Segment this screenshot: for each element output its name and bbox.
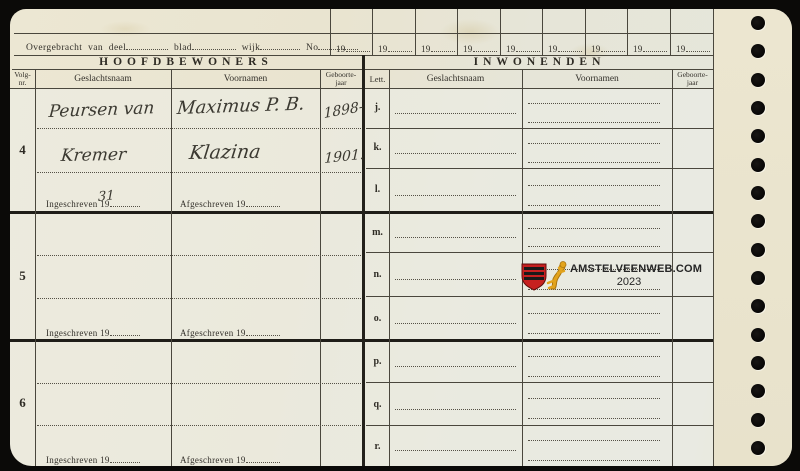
write-line	[528, 333, 660, 334]
letter-label: m.	[366, 227, 389, 238]
dotted-blank	[260, 40, 300, 50]
row-number: 6	[10, 395, 35, 411]
dotted-blank	[388, 42, 412, 52]
grid-line	[627, 9, 628, 55]
letter-label: l.	[366, 184, 389, 195]
year-cell: 19	[591, 42, 625, 54]
punch-hole	[751, 129, 765, 143]
dotted-blank	[126, 40, 168, 50]
letter-label: q.	[366, 399, 389, 410]
col-header-volgnr: Volg- nr.	[10, 71, 35, 87]
year-cell: 19	[548, 42, 582, 54]
dotted-blank	[431, 42, 455, 52]
year-cell: 19	[633, 42, 667, 54]
write-line	[528, 313, 660, 314]
row-separator	[366, 296, 713, 297]
write-line	[528, 376, 660, 377]
transfer-label-wijk: wijk	[242, 43, 261, 53]
year-cell: 19	[506, 42, 540, 54]
letter-label: r.	[366, 441, 389, 452]
write-line	[395, 237, 516, 238]
punch-hole	[751, 441, 765, 455]
dotted-blank	[346, 42, 370, 52]
letter-label: o.	[366, 313, 389, 324]
write-line	[395, 195, 516, 196]
watermark-site: AMSTELVEENWEB.COM	[570, 263, 702, 275]
transfer-label-no: No	[306, 43, 318, 53]
write-line	[37, 383, 361, 384]
write-line	[528, 440, 660, 441]
handwritten-surname: Kremer	[60, 145, 127, 166]
punch-hole	[751, 214, 765, 228]
write-line	[395, 113, 516, 114]
dotted-blank	[558, 42, 582, 52]
punch-hole	[751, 186, 765, 200]
row-separator	[366, 252, 713, 253]
punch-hole	[751, 101, 765, 115]
hoofdbewoners-title: HOOFDBEWONERS	[10, 56, 362, 68]
punch-hole	[751, 44, 765, 58]
write-line	[528, 205, 660, 206]
transfer-label-deel: Overgebracht van deel	[26, 43, 126, 53]
letter-label: j.	[366, 102, 389, 113]
dotted-blank	[192, 40, 236, 50]
grid-line	[542, 9, 543, 55]
handwritten-ingeschreven-year: 31	[98, 188, 114, 205]
grid-line	[415, 9, 416, 55]
write-line	[528, 356, 660, 357]
register-card: Overgebracht van deel blad wijk No 19 19…	[10, 9, 792, 466]
write-line	[37, 172, 361, 173]
write-line	[528, 398, 660, 399]
write-line	[395, 366, 516, 367]
grid-line	[457, 9, 458, 55]
transfer-label-blad: blad	[174, 43, 192, 53]
punch-hole	[751, 16, 765, 30]
year-cell: 19	[421, 42, 455, 54]
ingeschreven-label: Ingeschreven 19	[46, 453, 140, 465]
punch-hole	[751, 328, 765, 342]
write-line	[528, 162, 660, 163]
paper-stain	[100, 21, 150, 37]
write-line	[528, 143, 660, 144]
write-line	[528, 103, 660, 104]
punch-hole	[751, 413, 765, 427]
column-line	[35, 69, 36, 466]
grid-line	[585, 9, 586, 55]
write-line	[37, 298, 361, 299]
letter-label: n.	[366, 269, 389, 280]
punch-hole	[751, 158, 765, 172]
shield-icon	[521, 263, 547, 291]
dotted-blank	[601, 42, 625, 52]
row-separator	[366, 128, 713, 129]
year-cell: 19	[336, 42, 370, 54]
handwritten-firstnames: Klazina	[188, 141, 262, 164]
rule-top	[14, 33, 713, 34]
write-line	[395, 409, 516, 410]
dotted-blank	[246, 197, 280, 207]
afgeschreven-label: Afgeschreven 19	[180, 453, 280, 465]
watermark: AMSTELVEENWEB.COM 2023	[515, 259, 695, 295]
ingeschreven-label: Ingeschreven 19	[46, 197, 140, 209]
write-line	[395, 153, 516, 154]
write-line	[37, 425, 361, 426]
scanned-register-photo: { "top": { "transfer": { "label_deel": "…	[0, 0, 800, 471]
col-header-geboortejaar-r: Geboorte- jaar	[672, 71, 713, 87]
write-line	[37, 255, 361, 256]
watermark-year: 2023	[570, 276, 688, 288]
afgeschreven-label: Afgeschreven 19	[180, 197, 280, 209]
write-line	[528, 185, 660, 186]
row-number: 5	[10, 268, 35, 284]
col-header-voornamen: Voornamen	[171, 74, 320, 84]
grid-line	[670, 9, 671, 55]
row-separator	[366, 382, 713, 383]
dotted-blank	[110, 326, 140, 336]
row-number: 4	[10, 142, 35, 158]
transfer-line: Overgebracht van deel blad wijk No	[26, 40, 358, 53]
punch-hole	[751, 271, 765, 285]
write-line	[37, 128, 361, 129]
row-separator	[366, 168, 713, 169]
year-cell: 19	[676, 42, 710, 54]
grid-line	[500, 9, 501, 55]
table-right-edge	[713, 9, 714, 466]
row-separator	[366, 425, 713, 426]
punch-hole	[751, 73, 765, 87]
ingeschreven-label: Ingeschreven 19	[46, 326, 140, 338]
punch-hole	[751, 384, 765, 398]
dotted-blank	[246, 453, 280, 463]
write-line	[528, 246, 660, 247]
write-line	[395, 279, 516, 280]
column-line	[389, 69, 390, 466]
letter-label: k.	[366, 142, 389, 153]
year-cell: 19	[463, 42, 497, 54]
inwonenden-title: INWONENDEN	[366, 56, 713, 68]
handwritten-surname: Peursen van	[48, 98, 155, 122]
year-cell: 19	[378, 42, 412, 54]
col-header-voornamen-r: Voornamen	[522, 74, 672, 84]
write-line	[528, 228, 660, 229]
afgeschreven-label: Afgeschreven 19	[180, 326, 280, 338]
center-divider	[362, 55, 365, 466]
col-header-geboortejaar: Geboorte- jaar	[320, 71, 362, 87]
write-line	[395, 450, 516, 451]
write-line	[395, 323, 516, 324]
dotted-blank	[643, 42, 667, 52]
write-line	[528, 122, 660, 123]
punch-hole	[751, 299, 765, 313]
grid-line	[372, 9, 373, 55]
write-line	[528, 418, 660, 419]
col-header-geslachtsnaam: Geslachtsnaam	[35, 74, 171, 84]
dotted-blank	[473, 42, 497, 52]
col-header-geslachtsnaam-r: Geslachtsnaam	[389, 74, 522, 84]
letter-label: p.	[366, 356, 389, 367]
dotted-blank	[246, 326, 280, 336]
col-header-lett: Lett.	[366, 74, 389, 84]
punch-hole	[751, 356, 765, 370]
punch-hole	[751, 243, 765, 257]
write-line	[528, 460, 660, 461]
dotted-blank	[110, 453, 140, 463]
dotted-blank	[686, 42, 710, 52]
lion-icon	[545, 259, 569, 291]
dotted-blank	[516, 42, 540, 52]
